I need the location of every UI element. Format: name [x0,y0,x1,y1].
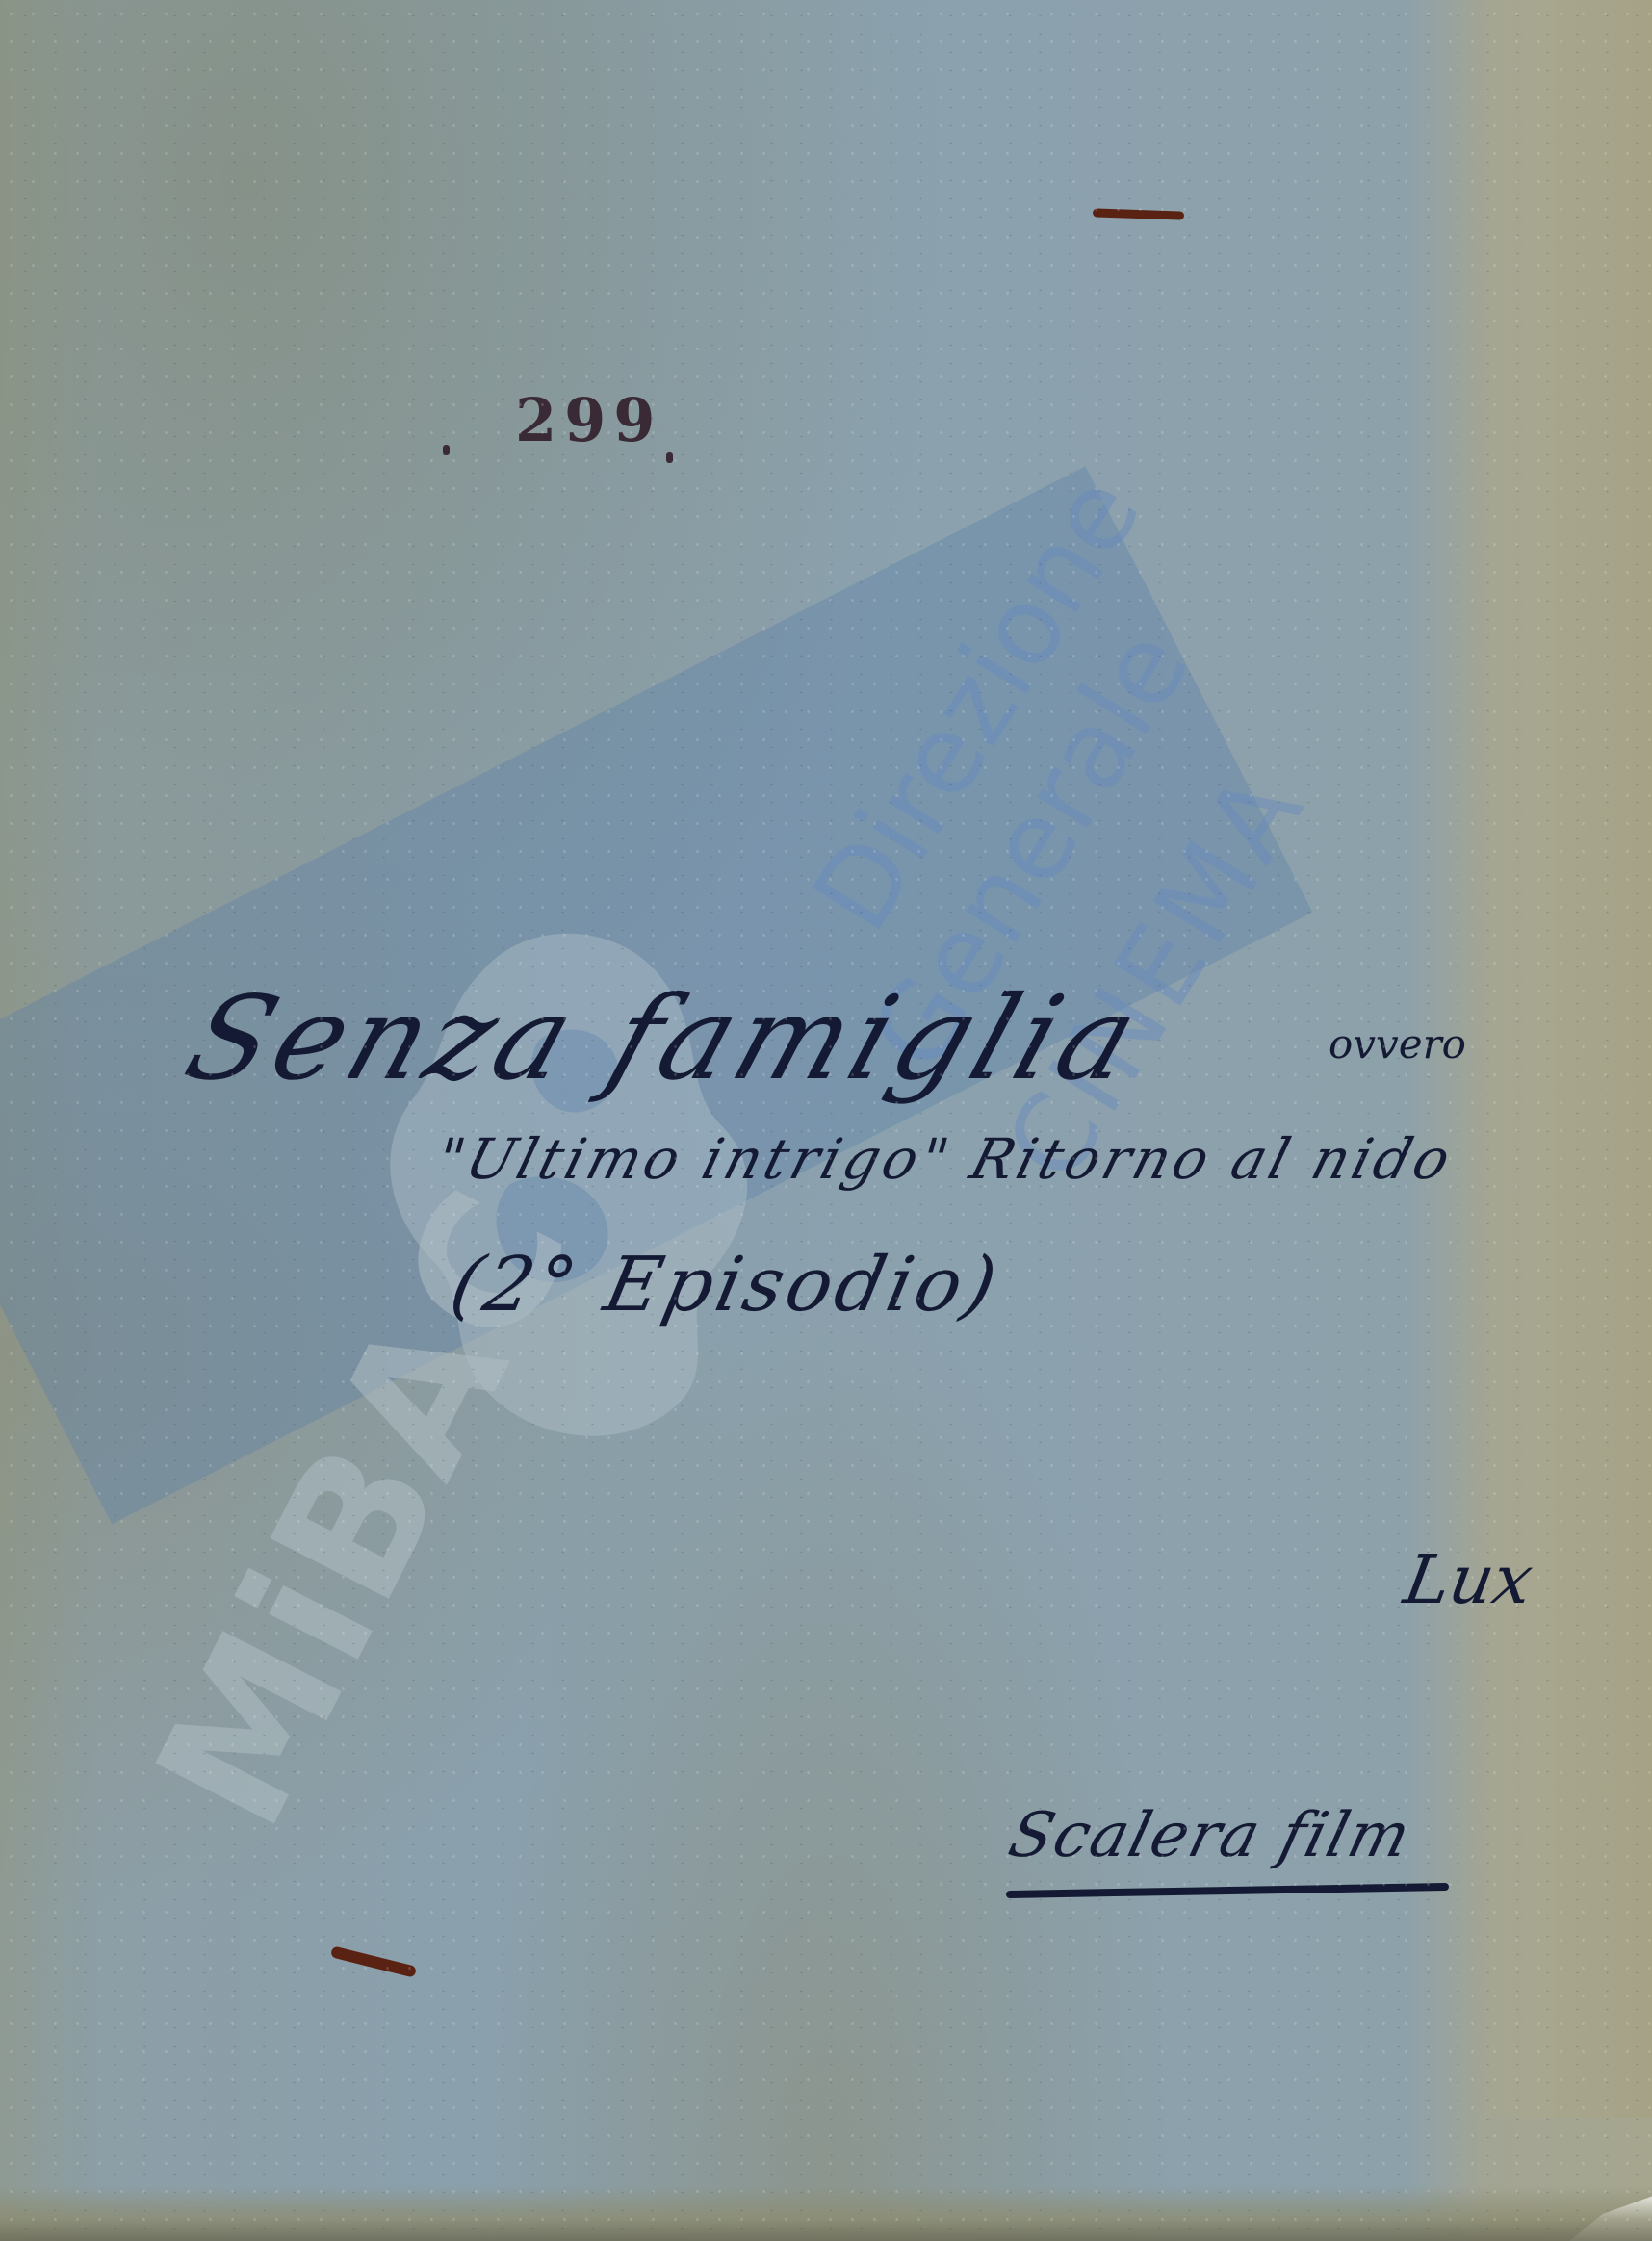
initials-signature: Lux [1399,1540,1539,1619]
conjunction-handwriting: ovvero [1329,1020,1466,1068]
company-signature: Scalera film [1002,1800,1419,1871]
stamp-dot-left [443,445,450,455]
stamp-dot-right [666,452,673,463]
faded-right-edge [1473,0,1652,2118]
bottom-edge-stain [0,2185,1652,2241]
stamp-number: 299 [515,385,662,455]
subtitle-handwriting: "Ultimo intrigo" Ritorno al nido [429,1126,1461,1192]
episode-handwriting: (2° Episodio) [443,1242,1007,1328]
title-handwriting: Senza famiglia [170,972,1158,1106]
